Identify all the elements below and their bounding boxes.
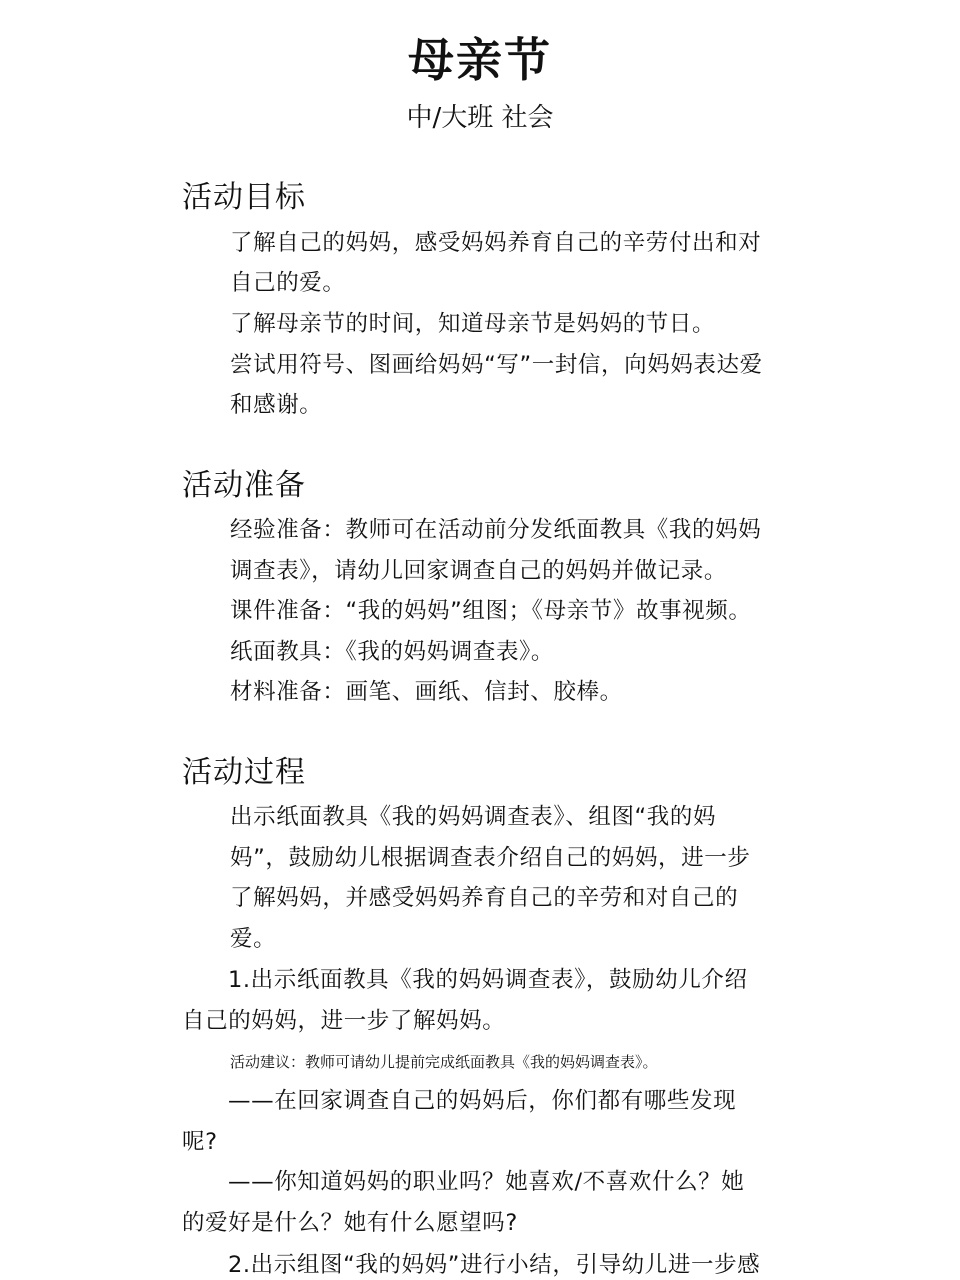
document-subtitle: 中/大班 社会	[0, 98, 960, 138]
step1-line: 自己的妈妈，进一步了解妈妈。	[182, 1006, 505, 1036]
goals-line: 了解自己的妈妈，感受妈妈养育自己的辛劳付出和对	[230, 228, 761, 258]
process-intro-line: 妈”，鼓励幼儿根据调查表介绍自己的妈妈，进一步	[230, 843, 750, 873]
question1-line: ——在回家调查自己的妈妈后，你们都有哪些发现	[228, 1086, 736, 1116]
preparation-line: 经验准备：教师可在活动前分发纸面教具《我的妈妈	[230, 515, 761, 545]
step1-line: 1.出示纸面教具《我的妈妈调查表》，鼓励幼儿介绍	[228, 965, 748, 995]
document-title: 母亲节	[0, 30, 960, 90]
process-intro-line: 出示纸面教具《我的妈妈调查表》、组图“我的妈	[230, 802, 716, 832]
section-heading-goals: 活动目标	[182, 178, 306, 218]
section-heading-preparation: 活动准备	[182, 466, 306, 506]
goals-line: 自己的爱。	[230, 268, 346, 298]
question1-line: 呢?	[182, 1127, 218, 1157]
goals-line: 和感谢。	[230, 390, 322, 420]
activity-suggestion-note: 活动建议：教师可请幼儿提前完成纸面教具《我的妈妈调查表》。	[230, 1051, 658, 1073]
process-intro-line: 了解妈妈，并感受妈妈养育自己的辛劳和对自己的	[230, 883, 738, 913]
preparation-line: 纸面教具：《我的妈妈调查表》。	[230, 637, 554, 667]
step2-line-partial: 2.出示组图“我的妈妈”进行小结，引导幼儿进一步感	[228, 1250, 760, 1280]
preparation-line: 调查表》，请幼儿回家调查自己的妈妈并做记录。	[230, 556, 727, 586]
document-page: 母亲节 中/大班 社会 活动目标 了解自己的妈妈，感受妈妈养育自己的辛劳付出和对…	[0, 0, 960, 1280]
preparation-line: 课件准备：“我的妈妈”组图；《母亲节》故事视频。	[230, 596, 751, 626]
preparation-line: 材料准备：画笔、画纸、信封、胶棒。	[230, 677, 623, 707]
process-intro-line: 爱。	[230, 924, 276, 954]
question2-line: 的爱好是什么？她有什么愿望吗?	[182, 1208, 518, 1238]
goals-line: 了解母亲节的时间，知道母亲节是妈妈的节日。	[230, 309, 715, 339]
goals-line: 尝试用符号、图画给妈妈“写”一封信，向妈妈表达爱	[230, 350, 763, 380]
section-heading-process: 活动过程	[182, 753, 306, 793]
question2-line: ——你知道妈妈的职业吗？她喜欢/不喜欢什么？她	[228, 1167, 744, 1197]
